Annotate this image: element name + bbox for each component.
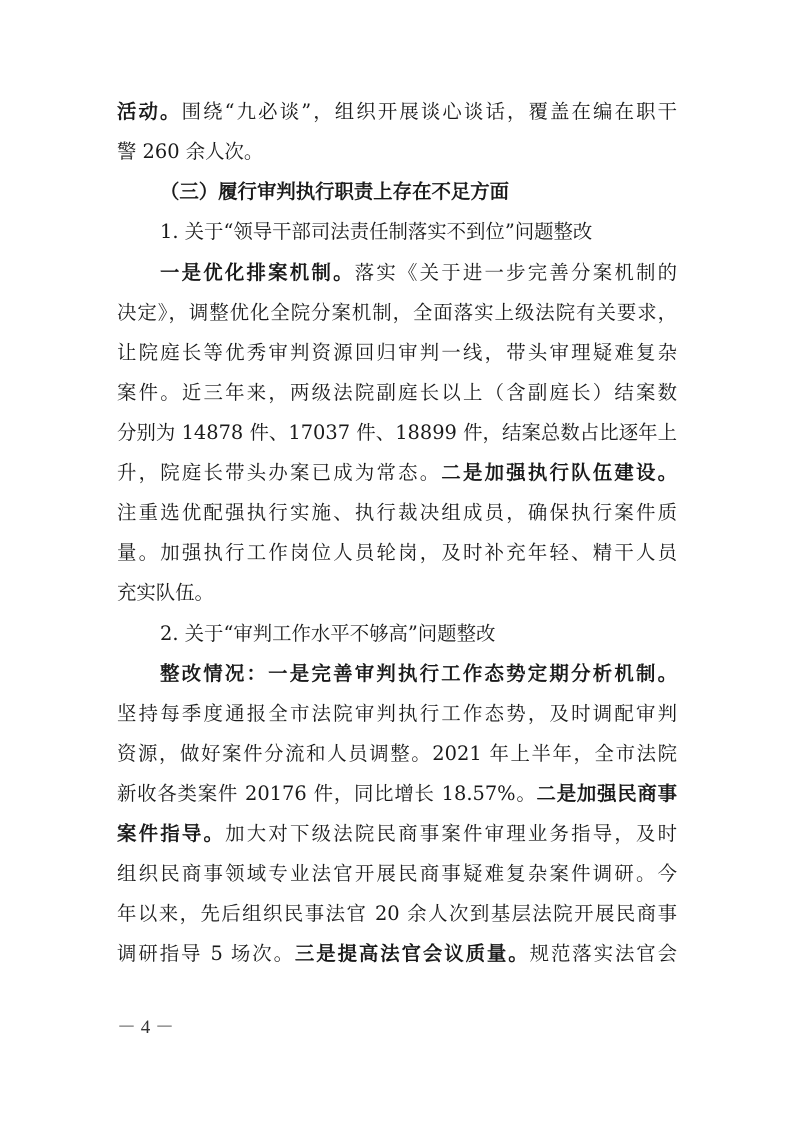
paragraph-line: 注重选优配强执行实施、执行裁决组成员，确保执行案件质 xyxy=(117,493,677,533)
body-text: 围绕“九必谈”，组织开展谈心谈话，覆盖在编在职干 xyxy=(182,100,677,123)
paragraph-line: 调研指导 5 场次。三是提高法官会议质量。规范落实法官会 xyxy=(117,934,677,974)
body-text: 决定》，调整优化全院分案机制，全面落实上级法院有关要求， xyxy=(117,301,677,324)
bold-lead: 案件指导。 xyxy=(117,822,225,845)
bold-lead: 二是加强民商事 xyxy=(537,782,677,805)
body-text: 坚持每季度通报全市法院审判执行工作态势，及时调配审判 xyxy=(117,702,677,725)
paragraph-line: 案件指导。加大对下级法院民商事案件审理业务指导，及时 xyxy=(117,814,677,854)
body-text: 注重选优配强执行实施、执行裁决组成员，确保执行案件质 xyxy=(117,501,677,524)
section-heading: （三）履行审判执行职责上存在不足方面 xyxy=(160,172,677,212)
paragraph-line: 新收各类案件 20176 件，同比增长 18.57%。二是加强民商事 xyxy=(117,774,677,814)
body-text: 警 260 余人次。 xyxy=(117,140,263,163)
paragraph-line: 警 260 余人次。 xyxy=(117,132,677,172)
subsection-heading-text: 2. 关于“审判工作水平不够高”问题整改 xyxy=(160,622,495,645)
paragraph-line: 年以来，先后组织民事法官 20 余人次到基层法院开展民商事 xyxy=(117,894,677,934)
subsection-heading: 1. 关于“领导干部司法责任制落实不到位”问题整改 xyxy=(160,212,677,252)
body-text: 规范落实法官会 xyxy=(530,942,677,965)
paragraph-line: 决定》，调整优化全院分案机制，全面落实上级法院有关要求， xyxy=(117,293,677,333)
body-text: 案件。近三年来，两级法院副庭长以上（含副庭长）结案数 xyxy=(117,381,677,404)
document-page: 活动。围绕“九必谈”，组织开展谈心谈话，覆盖在编在职干 警 260 余人次。 （… xyxy=(0,0,793,1122)
bold-lead: 一是优化排案机制。 xyxy=(160,261,355,284)
paragraph-line: 分别为 14878 件、17037 件、18899 件，结案总数占比逐年上 xyxy=(117,413,677,453)
paragraph-line: 一是优化排案机制。落实《关于进一步完善分案机制的 xyxy=(160,253,677,293)
paragraph-line: 量。加强执行工作岗位人员轮岗，及时补充年轻、精干人员 xyxy=(117,533,677,573)
body-text: 年以来，先后组织民事法官 20 余人次到基层法院开展民商事 xyxy=(117,902,677,925)
bold-lead: 二是加强执行队伍建设。 xyxy=(441,461,677,484)
body-text: 让院庭长等优秀审判资源回归审判一线，带头审理疑难复杂 xyxy=(117,341,677,364)
body-text: 落实《关于进一步完善分案机制的 xyxy=(355,261,677,284)
body-text: 资源，做好案件分流和人员调整。2021 年上半年，全市法院 xyxy=(117,742,677,765)
body-text: 升，院庭长带头办案已成为常态。 xyxy=(117,461,441,484)
body-text: 新收各类案件 20176 件，同比增长 18.57%。 xyxy=(117,782,537,805)
body-text: 量。加强执行工作岗位人员轮岗，及时补充年轻、精干人员 xyxy=(117,541,677,564)
paragraph-line: 资源，做好案件分流和人员调整。2021 年上半年，全市法院 xyxy=(117,734,677,774)
paragraph-line: 案件。近三年来，两级法院副庭长以上（含副庭长）结案数 xyxy=(117,373,677,413)
subsection-heading: 2. 关于“审判工作水平不够高”问题整改 xyxy=(160,614,677,654)
body-text: 组织民商事领域专业法官开展民商事疑难复杂案件调研。今 xyxy=(117,862,677,885)
body-text: 充实队伍。 xyxy=(117,581,214,604)
subsection-heading-text: 1. 关于“领导干部司法责任制落实不到位”问题整改 xyxy=(160,220,592,243)
bold-lead: 整改情况：一是完善审判执行工作态势定期分析机制。 xyxy=(160,662,677,685)
paragraph-line: 让院庭长等优秀审判资源回归审判一线，带头审理疑难复杂 xyxy=(117,333,677,373)
bold-lead: 三是提高法官会议质量。 xyxy=(295,942,530,965)
page-number: － 4 － xyxy=(117,1013,174,1043)
body-text: 加大对下级法院民商事案件审理业务指导，及时 xyxy=(225,822,677,845)
paragraph-line: 组织民商事领域专业法官开展民商事疑难复杂案件调研。今 xyxy=(117,854,677,894)
paragraph-line: 坚持每季度通报全市法院审判执行工作态势，及时调配审判 xyxy=(117,694,677,734)
bold-lead: 活动。 xyxy=(117,100,182,123)
body-text: 分别为 14878 件、17037 件、18899 件，结案总数占比逐年上 xyxy=(117,421,677,444)
section-heading-text: （三）履行审判执行职责上存在不足方面 xyxy=(160,180,509,203)
body-text: 调研指导 5 场次。 xyxy=(117,942,295,965)
paragraph-line: 升，院庭长带头办案已成为常态。二是加强执行队伍建设。 xyxy=(117,453,677,493)
paragraph-line: 活动。围绕“九必谈”，组织开展谈心谈话，覆盖在编在职干 xyxy=(117,92,677,132)
paragraph-line: 充实队伍。 xyxy=(117,573,677,613)
paragraph-line: 整改情况：一是完善审判执行工作态势定期分析机制。 xyxy=(160,654,677,694)
